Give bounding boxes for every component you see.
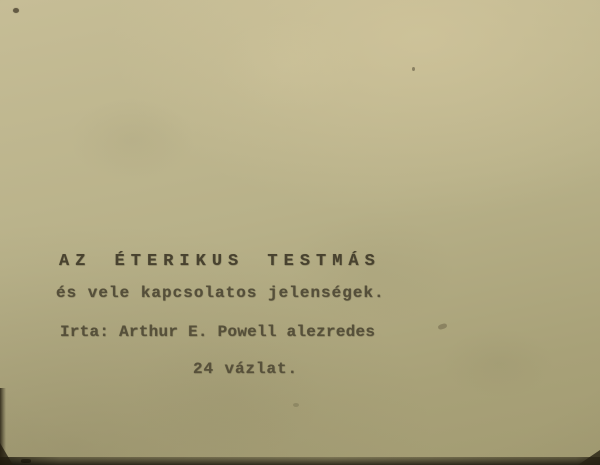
author-byline: Irta: Arthur E. Powell alezredes <box>60 324 375 340</box>
paper-texture <box>0 0 600 465</box>
illustration-count: 24 vázlat. <box>193 361 298 377</box>
scanned-book-page: AZ ÉTERIKUS TESTMÁS és vele kapcsolatos … <box>0 0 600 465</box>
scan-edge-shadow-bottom <box>0 457 600 465</box>
book-title: AZ ÉTERIKUS TESTMÁS <box>59 253 381 270</box>
book-subtitle: és vele kapcsolatos jelenségek. <box>56 285 385 301</box>
paper-speck <box>13 8 19 13</box>
paper-speck <box>412 67 415 71</box>
paper-speck <box>293 403 299 407</box>
ink-smudge <box>437 323 447 331</box>
